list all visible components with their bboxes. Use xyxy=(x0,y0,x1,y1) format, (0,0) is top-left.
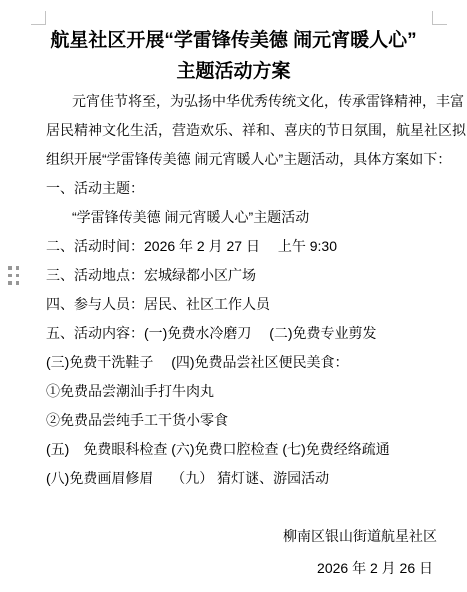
signature-organization: 柳南区银山街道航星社区 xyxy=(46,522,467,551)
drag-handle-icon[interactable] xyxy=(8,266,19,285)
doc-line: 三、活动地点：宏城绿都小区广场 xyxy=(46,261,467,290)
doc-line: 五、活动内容：(一)免费水冷磨刀 (二)免费专业剪发 xyxy=(46,319,467,348)
document-title-line1: 航星社区开展“学雷锋传美德 闹元宵暖人心” xyxy=(14,25,453,56)
text-boundary-mark-top-right-icon xyxy=(432,11,447,25)
drag-handle-dot xyxy=(16,274,20,278)
drag-handle-dot xyxy=(16,266,20,270)
doc-line: 四、参与人员：居民、社区工作人员 xyxy=(46,290,467,319)
document-body: 元宵佳节将至，为弘扬中华优秀传统文化，传承雷锋精神，丰富 居民精神文化生活，营造… xyxy=(46,87,467,583)
doc-line: 元宵佳节将至，为弘扬中华优秀传统文化，传承雷锋精神，丰富 xyxy=(46,87,467,116)
doc-line: 一、活动主题： xyxy=(46,174,467,203)
doc-line: ①免费品尝潮汕手打牛肉丸 xyxy=(46,377,467,406)
drag-handle-dot xyxy=(8,266,12,270)
doc-line: 居民精神文化生活，营造欢乐、祥和、喜庆的节日氛围，航星社区拟 xyxy=(46,116,467,145)
document-page: 航星社区开展“学雷锋传美德 闹元宵暖人心” 主题活动方案 元宵佳节将至，为弘扬中… xyxy=(0,0,467,592)
doc-line: ②免费品尝纯手工干货小零食 xyxy=(46,406,467,435)
doc-line: (八)免费画眉修眉 （九） 猜灯谜、游园活动 xyxy=(46,464,467,493)
drag-handle-dot xyxy=(8,274,12,278)
document-title-line2: 主题活动方案 xyxy=(14,56,453,87)
doc-line: 二、活动时间：2026 年 2 月 27 日 上午 9:30 xyxy=(46,232,467,261)
doc-line: (三)免费干洗鞋子 (四)免费品尝社区便民美食： xyxy=(46,348,467,377)
doc-line: (五) 免费眼科检查 (六)免费口腔检查 (七)免费经络疏通 xyxy=(46,435,467,464)
document-title: 航星社区开展“学雷锋传美德 闹元宵暖人心” 主题活动方案 xyxy=(14,25,453,87)
doc-line: 组织开展“学雷锋传美德 闹元宵暖人心”主题活动，具体方案如下： xyxy=(46,145,467,174)
signature-date: 2026 年 2 月 26 日 xyxy=(46,554,467,583)
doc-line: “学雷锋传美德 闹元宵暖人心”主题活动 xyxy=(46,203,467,232)
drag-handle-dot xyxy=(8,281,12,285)
drag-handle-dot xyxy=(16,281,20,285)
text-boundary-mark-top-left-icon xyxy=(31,11,46,25)
signature-block: 柳南区银山街道航星社区 2026 年 2 月 26 日 xyxy=(46,522,467,583)
